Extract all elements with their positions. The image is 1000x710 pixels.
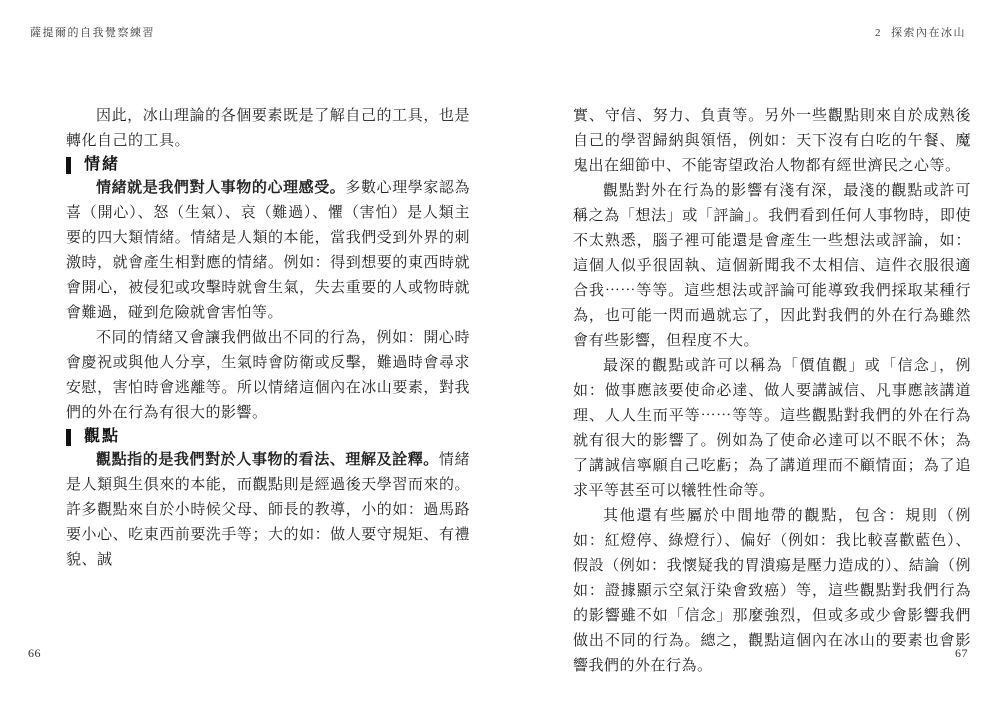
intro-paragraph: 因此，冰山理論的各個要素既是了解自己的工具，也是轉化自己的工具。 — [66, 104, 470, 154]
viewpoint-paragraph-1-rest: 情緒是人類與生俱來的本能，而觀點則是經過後天學習而來的。許多觀點來自於小時候父母… — [66, 452, 470, 568]
emotion-section-heading: 情緒 — [66, 154, 470, 176]
emotion-paragraph-1: 情緒就是我們對人事物的心理感受。多數心理學家認為喜（開心）、怒（生氣）、哀（難過… — [66, 176, 470, 326]
emotion-paragraph-1-lead: 情緒就是我們對人事物的心理感受。 — [96, 180, 345, 196]
viewpoint-paragraph-4: 其他還有些屬於中間地帶的觀點，包含：規則（例如：紅燈停、綠燈行）、偏好（例如：我… — [573, 504, 971, 679]
page-left-text-block: 因此，冰山理論的各個要素既是了解自己的工具，也是轉化自己的工具。 情緒 情緒就是… — [66, 104, 470, 573]
viewpoint-paragraph-2: 觀點對外在行為的影響有淺有深，最淺的觀點或許可稱之為「想法」或「評論」。我們看到… — [573, 179, 971, 354]
running-header-right: 2探索內在冰山 — [875, 24, 966, 40]
viewpoint-paragraph-1-lead: 觀點指的是我們對於人事物的看法、理解及詮釋。 — [96, 452, 439, 468]
viewpoint-heading-label: 觀點 — [84, 426, 120, 448]
chapter-number: 2 — [875, 27, 882, 39]
running-header-left: 薩提爾的自我覺察練習 — [30, 24, 155, 40]
heading-bar-icon — [66, 429, 71, 446]
viewpoint-paragraph-1: 觀點指的是我們對於人事物的看法、理解及詮釋。情緒是人類與生俱來的本能，而觀點則是… — [66, 448, 470, 573]
emotion-paragraph-1-rest: 多數心理學家認為喜（開心）、怒（生氣）、哀（難過）、懼（害怕）是人類主要的四大類… — [66, 180, 470, 321]
page-number-left: 66 — [28, 646, 41, 661]
viewpoint-section-heading: 觀點 — [66, 426, 470, 448]
emotion-paragraph-2: 不同的情緒又會讓我們做出不同的行為，例如：開心時會慶祝或與他人分享，生氣時會防衛… — [66, 326, 470, 426]
heading-bar-icon — [66, 157, 71, 174]
viewpoint-paragraph-1-continued: 實、守信、努力、負責等。另外一些觀點則來自於成熟後自己的學習歸納與領悟，例如：天… — [573, 104, 971, 179]
viewpoint-paragraph-3: 最深的觀點或許可以稱為「價值觀」或「信念」，例如：做事應該要使命必達、做人要講誠… — [573, 354, 971, 504]
emotion-heading-label: 情緒 — [84, 154, 120, 176]
page-right-text-block: 實、守信、努力、負責等。另外一些觀點則來自於成熟後自己的學習歸納與領悟，例如：天… — [573, 104, 971, 679]
chapter-title: 探索內在冰山 — [891, 27, 966, 39]
page-number-right: 67 — [955, 646, 968, 661]
